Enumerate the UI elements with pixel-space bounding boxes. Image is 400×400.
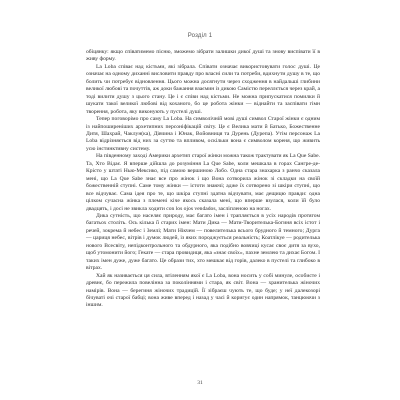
book-page: Розділ 1 обіцянку: якщо співатимемо пісн…	[0, 0, 400, 400]
page-number: 31	[0, 380, 400, 386]
body-text: обіцянку: якщо співатимемо пісню, зможем…	[86, 49, 320, 310]
paragraph: Дика сутність, що населяє природу, має б…	[86, 213, 320, 273]
paragraph: обіцянку: якщо співатимемо пісню, зможем…	[86, 49, 320, 64]
paragraph: На південному заході Америки архетип ста…	[86, 153, 320, 213]
running-head: Розділ 1	[0, 33, 400, 39]
paragraph: Хай як називається ця сила, втіленням як…	[86, 273, 320, 310]
paragraph: Тепер поговорімо про саму La Loba. На си…	[86, 116, 320, 153]
paragraph: La Loba співає над кістьми, які зібрала.…	[86, 64, 320, 116]
